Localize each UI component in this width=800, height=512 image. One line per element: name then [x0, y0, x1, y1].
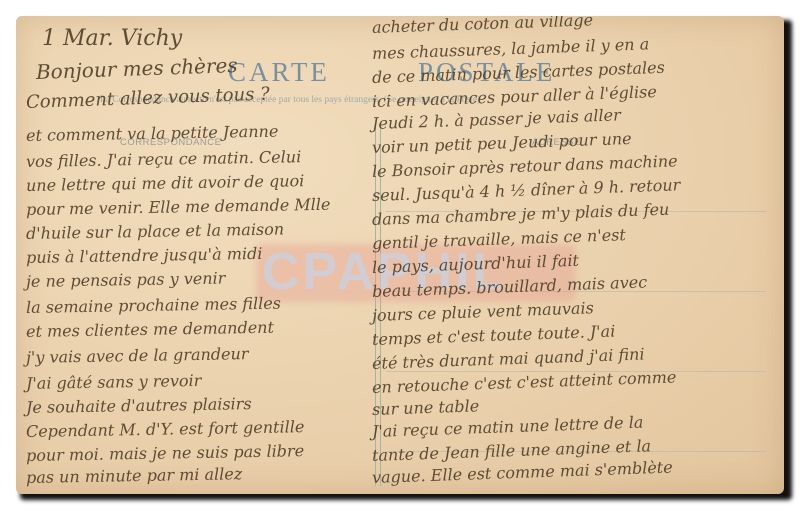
handwritten-line: d'huile sur la place et la maison: [26, 219, 284, 243]
handwritten-line: j'y vais avec de la grandeur: [26, 344, 249, 367]
handwritten-line: temps et c'est toute toute. J'ai: [372, 322, 616, 349]
handwritten-line: pour moi. mais je ne suis pas libre: [26, 441, 304, 465]
handwritten-line: J'ai gâté sans y revoir: [26, 371, 202, 393]
handwritten-line: été très durant mai quand j'ai fini: [372, 344, 645, 373]
handwritten-line: et mes clientes me demandent: [26, 318, 274, 341]
handwritten-line: 1 Mar. Vichy: [42, 26, 182, 51]
handwritten-line: et comment va la petite Jeanne: [26, 122, 279, 145]
postcard: CARTE POSTALE La Correspondance au recto…: [16, 16, 784, 494]
handwritten-line: voir un petit peu Jeudi pour une: [372, 129, 632, 157]
handwritten-line: Je souhaite d'autres plaisirs: [26, 394, 252, 417]
handwritten-line: pour me venir. Elle me demande Mlle: [26, 195, 331, 219]
handwritten-line: Cependant M. d'Y. est fort gentille: [26, 417, 305, 441]
handwritten-line: Bonjour mes chères: [36, 53, 238, 84]
handwritten-line: une lettre qui me dit avoir de quoi: [26, 171, 305, 195]
handwritten-line: sur une table: [372, 396, 480, 419]
handwritten-line: je ne pensais pas y venir: [26, 269, 226, 291]
handwritten-line: acheter du coton au village: [372, 16, 594, 37]
handwritten-line: Comment allez vous tous ?: [26, 83, 270, 112]
handwritten-line: jours ce pluie vent mauvais: [372, 298, 594, 325]
postcard-title-carte: CARTE: [228, 57, 330, 88]
handwritten-line: vos filles. J'ai reçu ce matin. Celui: [26, 147, 302, 171]
handwritten-line: la semaine prochaine mes filles: [26, 294, 281, 317]
handwritten-line: pas un minute par mi allez: [26, 464, 243, 487]
handwritten-line: puis à l'attendre jusqu'à midi: [26, 244, 263, 267]
